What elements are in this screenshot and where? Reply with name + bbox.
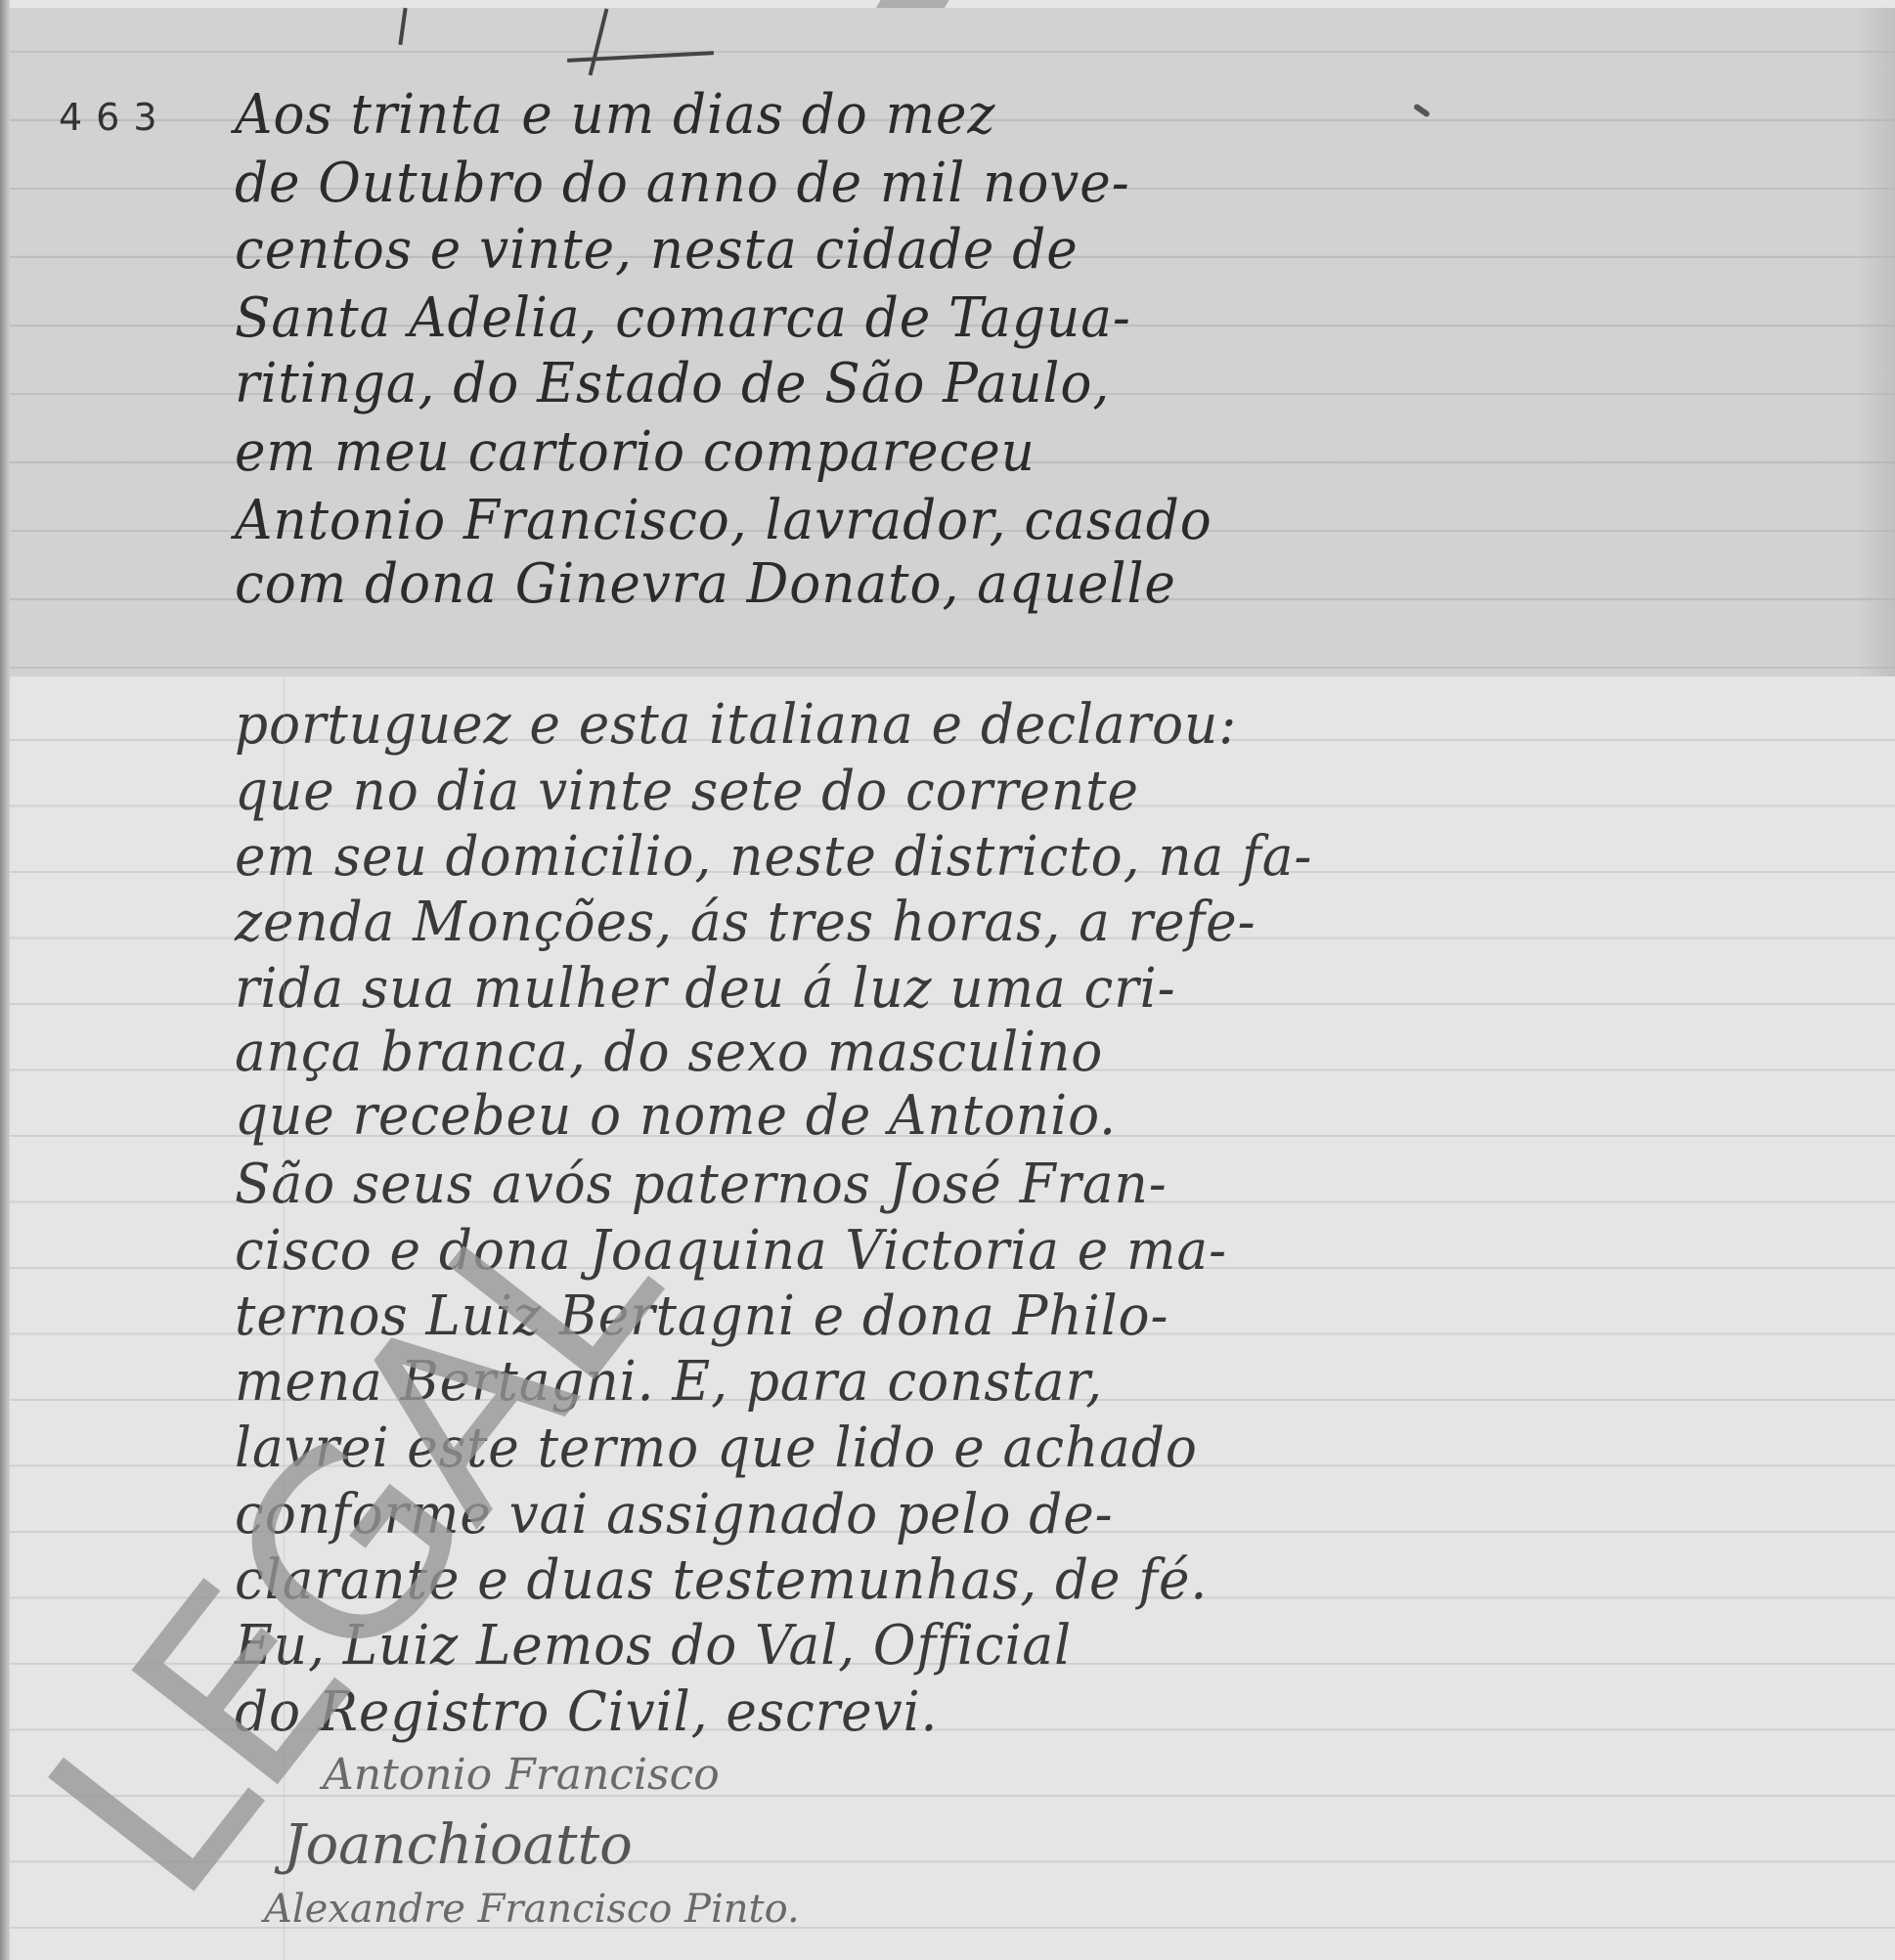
text-line: ança branca, do sexo masculino (235, 1024, 1103, 1082)
previous-entry-fragment (391, 8, 880, 86)
text-line: Aos trinta e um dias do mez (235, 86, 995, 145)
text-line: ritinga, do Estado de São Paulo, (235, 355, 1110, 414)
text-line: em seu domicilio, neste districto, na fa… (235, 828, 1312, 887)
text-line: São seus avós paternos José Fran- (235, 1155, 1168, 1214)
record-top-section: 463 Aos trinta e um dias do mez de Outub… (0, 8, 1895, 676)
text-line: zenda Monções, ás tres horas, a refe- (235, 893, 1256, 952)
text-line: rida sua mulher deu á luz uma cri- (235, 960, 1176, 1019)
text-line: que recebeu o nome de Antonio. (235, 1087, 1117, 1146)
text-line: Santa Adelia, comarca de Tagua- (235, 289, 1131, 348)
watermark-fragment (876, 0, 952, 8)
text-line: com dona Ginevra Donato, aquelle (235, 555, 1176, 614)
text-line: de Outubro do anno de mil nove- (235, 154, 1130, 213)
text-line: Antonio Francisco, lavrador, casado (235, 492, 1212, 550)
record-number: 463 (59, 96, 171, 139)
text-line: que no dia vinte sete do corrente (235, 762, 1139, 821)
text-line: portuguez e esta italiana e declarou: (235, 696, 1237, 755)
text-line: centos e vinte, nesta cidade de (235, 221, 1079, 280)
page-left-edge (0, 0, 10, 1960)
previous-page-strip (0, 0, 1895, 8)
text-line: em meu cartorio compareceu (235, 423, 1036, 482)
signature-declarant: Antonio Francisco (323, 1750, 720, 1800)
signature-witness-1: Joanchioatto (284, 1813, 633, 1877)
signature-witness-2: Alexandre Francisco Pinto. (264, 1887, 800, 1932)
ink-mark (1413, 103, 1431, 117)
